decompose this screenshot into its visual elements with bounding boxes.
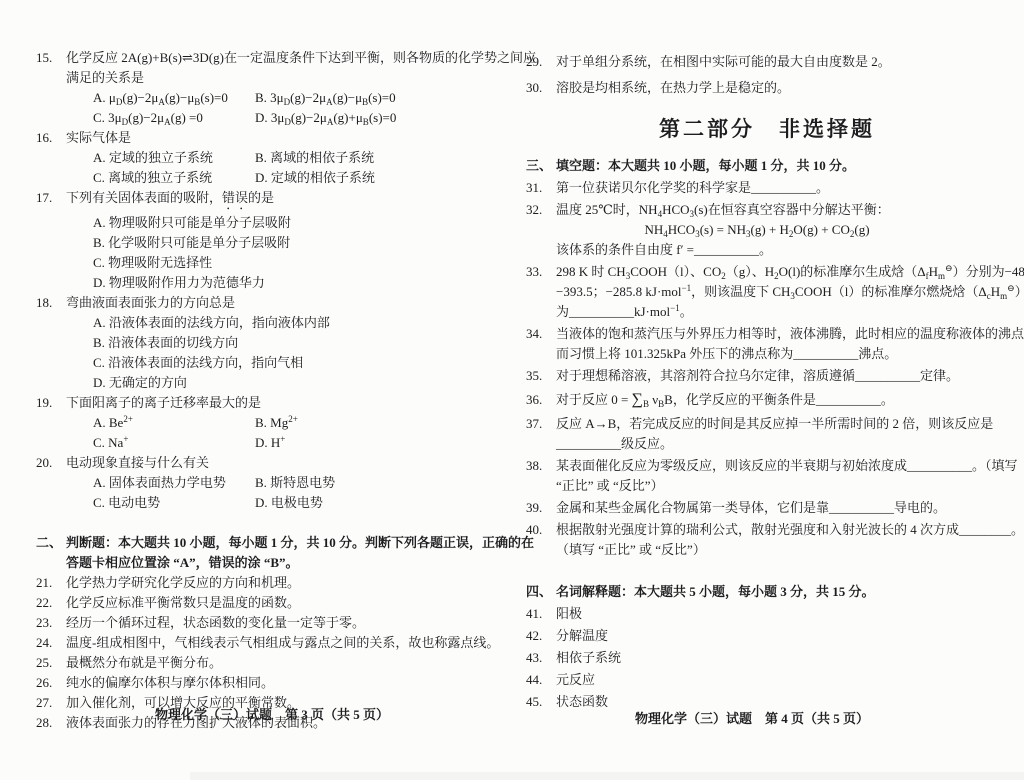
question-16-option: D. 定域的相依子系统 (255, 170, 375, 185)
question-40-number: 40. (526, 520, 556, 540)
question-22-line-1: 22.化学反应标准平衡常数只是温度的函数。 (36, 593, 508, 613)
question-18-option: A. 沿液体表面的法线方向，指向液体内部 (93, 315, 330, 330)
question-24: 24.温度-组成相图中，气相线表示气相组成与露点之间的关系，故也称露点线。 (36, 633, 508, 653)
question-21-line-1: 21.化学热力学研究化学反应的方向和机理。 (36, 573, 508, 593)
question-31-number: 31. (526, 178, 556, 198)
question-42-number: 42. (526, 626, 556, 646)
question-38-line-1: 38.某表面催化反应为零级反应，则该反应的半衰期与初始浓度成__________… (526, 456, 978, 476)
question-19-options-row-1: A. Be2+B. Mg2+ (36, 413, 508, 433)
question-18-number: 18. (36, 293, 66, 313)
question-25-number: 25. (36, 653, 66, 673)
question-32-line-2: NH4HCO3(s) = NH3(g) + H2O(g) + CO2(g) (526, 220, 978, 240)
section-judgment: 二、判断题：本大题共 10 小题，每小题 1 分，共 10 分。判断下列各题正误… (36, 533, 508, 573)
question-44-number: 44. (526, 670, 556, 690)
question-30-line-1: 30.溶胶是均相系统，在热力学上是稳定的。 (526, 78, 978, 98)
question-18-option: C. 沿液体表面的法线方向，指向气相 (93, 355, 303, 370)
question-25: 25.最概然分布就是平衡分布。 (36, 653, 508, 673)
question-15-option: D. 3μD(g)−2μA(g)+μB(s)=0 (255, 110, 396, 125)
scan-edge-artifact (190, 772, 1024, 780)
question-23-line-1: 23.经历一个循环过程，状态函数的变化量一定等于零。 (36, 613, 508, 633)
question-18-options-row-4: D. 无确定的方向 (36, 373, 508, 393)
question-15-option: B. 3μD(g)−2μA(g)−μB(s)=0 (255, 90, 396, 105)
question-39-number: 39. (526, 498, 556, 518)
question-15-options-row-2: C. 3μD(g)−2μA(g) =0D. 3μD(g)−2μA(g)+μB(s… (36, 108, 508, 128)
question-17-option: B. 化学吸附只可能是单分子层吸附 (93, 235, 290, 250)
question-16-option: B. 离域的相依子系统 (255, 150, 374, 165)
question-33: 33.298 K 时 CH3COOH（l）、CO2（g）、H2O(l)的标准摩尔… (526, 262, 978, 322)
page-3-footer: 物理化学（三）试题 第 3 页（共 5 页） (36, 704, 508, 723)
question-34-line-2: 而习惯上将 101.325kPa 外压下的沸点称为__________沸点。 (526, 344, 978, 364)
question-18-option: B. 沿液体表面的切线方向 (93, 335, 238, 350)
question-20-line-1: 20.电动现象直接与什么有关 (36, 453, 508, 473)
question-44-line-1: 44.元反应 (526, 670, 978, 690)
question-24-line-1: 24.温度-组成相图中，气相线表示气相组成与露点之间的关系，故也称露点线。 (36, 633, 508, 653)
question-15-line-1: 15.化学反应 2A(g)+B(s)⇌3D(g)在一定温度条件下达到平衡，则各物… (36, 48, 508, 68)
question-26: 26.纯水的偏摩尔体积与摩尔体积相同。 (36, 673, 508, 693)
question-36-number: 36. (526, 390, 556, 410)
question-33-line-2: −393.5；−285.8 kJ·mol−1，则该温度下 CH3COOH（l）的… (526, 282, 978, 302)
question-18-line-1: 18.弯曲液面表面张力的方向总是 (36, 293, 508, 313)
page-3-content: 15.化学反应 2A(g)+B(s)⇌3D(g)在一定温度条件下达到平衡，则各物… (36, 48, 508, 733)
question-19: 19.下面阳离子的离子迁移率最大的是A. Be2+B. Mg2+C. Na+D.… (36, 393, 508, 453)
question-35-number: 35. (526, 366, 556, 386)
question-15-option: A. μD(g)−2μA(g)−μB(s)=0 (93, 88, 255, 108)
part2-title: 第二部分 非选择题 (526, 112, 978, 146)
question-42-line-1: 42.分解温度 (526, 626, 978, 646)
section-fill-blank-number: 三、 (526, 156, 556, 176)
question-39-line-1: 39.金属和某些金属化合物属第一类导体，它们是靠__________导电的。 (526, 498, 978, 518)
question-19-options-row-2: C. Na+D. H+ (36, 433, 508, 453)
exam-page-3: 15.化学反应 2A(g)+B(s)⇌3D(g)在一定温度条件下达到平衡，则各物… (36, 0, 508, 780)
exam-page-4: 29.对于单组分系统，在相图中实际可能的最大自由度数是 2。30.溶胶是均相系统… (526, 0, 978, 780)
question-31: 31.第一位获诺贝尔化学奖的科学家是__________。 (526, 178, 978, 198)
question-16-options-row-2: C. 离域的独立子系统D. 定域的相依子系统 (36, 168, 508, 188)
question-20-option: B. 斯特恩电势 (255, 475, 335, 490)
question-40: 40.根据散射光强度计算的瑞利公式，散射光强度和入射光波长的 4 次方成____… (526, 520, 978, 560)
question-26-line-1: 26.纯水的偏摩尔体积与摩尔体积相同。 (36, 673, 508, 693)
question-32-line-3: 该体系的条件自由度 f′ =__________。 (526, 240, 978, 260)
question-20-number: 20. (36, 453, 66, 473)
question-20-option: D. 电极电势 (255, 495, 323, 510)
question-22-number: 22. (36, 593, 66, 613)
question-32-number: 32. (526, 200, 556, 220)
section-judgment-line-2: 答题卡相应位置涂 “A”，错误的涂 “B”。 (36, 553, 508, 573)
question-33-line-1: 33.298 K 时 CH3COOH（l）、CO2（g）、H2O(l)的标准摩尔… (526, 262, 978, 282)
question-29-number: 29. (526, 52, 556, 72)
question-19-option: B. Mg2+ (255, 415, 298, 430)
question-29-line-1: 29.对于单组分系统，在相图中实际可能的最大自由度数是 2。 (526, 52, 978, 72)
question-35-line-1: 35.对于理想稀溶液，其溶剂符合拉乌尔定律，溶质遵循__________定律。 (526, 366, 978, 386)
question-41-line-1: 41.阳极 (526, 604, 978, 624)
question-17-options-row-2: B. 化学吸附只可能是单分子层吸附 (36, 233, 508, 253)
question-15-options-row-1: A. μD(g)−2μA(g)−μB(s)=0B. 3μD(g)−2μA(g)−… (36, 88, 508, 108)
section-terms-number: 四、 (526, 582, 556, 602)
question-16-options-row-1: A. 定域的独立子系统B. 离域的相依子系统 (36, 148, 508, 168)
question-20-option: C. 电动电势 (93, 493, 255, 513)
question-21: 21.化学热力学研究化学反应的方向和机理。 (36, 573, 508, 593)
question-16-option: C. 离域的独立子系统 (93, 168, 255, 188)
question-17-options-row-1: A. 物理吸附只可能是单分子层吸附 (36, 213, 508, 233)
question-39: 39.金属和某些金属化合物属第一类导体，它们是靠__________导电的。 (526, 498, 978, 518)
question-18-option: D. 无确定的方向 (93, 375, 187, 390)
question-41: 41.阳极 (526, 604, 978, 624)
question-40-line-2: （填写 “正比” 或 “反比”） (526, 540, 978, 560)
question-31-line-1: 31.第一位获诺贝尔化学奖的科学家是__________。 (526, 178, 978, 198)
question-44: 44.元反应 (526, 670, 978, 690)
question-24-number: 24. (36, 633, 66, 653)
question-18-options-row-1: A. 沿液体表面的法线方向，指向液体内部 (36, 313, 508, 333)
question-20-options-row-1: A. 固体表面热力学电势B. 斯特恩电势 (36, 473, 508, 493)
question-34: 34.当液体的饱和蒸汽压与外界压力相等时，液体沸腾，此时相应的温度称液体的沸点，… (526, 324, 978, 364)
question-17-option: D. 物理吸附作用力为范德华力 (93, 275, 265, 290)
question-36: 36.对于反应 0 = ∑B νBB，化学反应的平衡条件是__________。 (526, 390, 978, 410)
question-43-number: 43. (526, 648, 556, 668)
question-16: 16.实际气体是A. 定域的独立子系统B. 离域的相依子系统C. 离域的独立子系… (36, 128, 508, 188)
question-18-options-row-2: B. 沿液体表面的切线方向 (36, 333, 508, 353)
question-35: 35.对于理想稀溶液，其溶剂符合拉乌尔定律，溶质遵循__________定律。 (526, 366, 978, 386)
question-17: 17.下列有关固体表面的吸附，错误的是A. 物理吸附只可能是单分子层吸附B. 化… (36, 188, 508, 293)
question-16-line-1: 16.实际气体是 (36, 128, 508, 148)
question-15-number: 15. (36, 48, 66, 68)
question-36-line-1: 36.对于反应 0 = ∑B νBB，化学反应的平衡条件是__________。 (526, 390, 978, 410)
section-terms: 四、名词解释题：本大题共 5 小题，每小题 3 分，共 15 分。 (526, 582, 978, 602)
section-judgment-number: 二、 (36, 533, 66, 553)
section-terms-line-1: 四、名词解释题：本大题共 5 小题，每小题 3 分，共 15 分。 (526, 582, 978, 602)
question-20: 20.电动现象直接与什么有关A. 固体表面热力学电势B. 斯特恩电势C. 电动电… (36, 453, 508, 513)
question-17-option: C. 物理吸附无选择性 (93, 255, 212, 270)
question-19-option: D. H+ (255, 435, 285, 450)
question-17-line-1: 17.下列有关固体表面的吸附，错误的是 (36, 188, 508, 213)
question-26-number: 26. (36, 673, 66, 693)
question-34-number: 34. (526, 324, 556, 344)
question-37: 37.反应 A→B，若完成反应的时间是其反应掉一半所需时间的 2 倍，则该反应是… (526, 414, 978, 454)
question-34-line-1: 34.当液体的饱和蒸汽压与外界压力相等时，液体沸腾，此时相应的温度称液体的沸点， (526, 324, 978, 344)
question-19-line-1: 19.下面阳离子的离子迁移率最大的是 (36, 393, 508, 413)
question-22: 22.化学反应标准平衡常数只是温度的函数。 (36, 593, 508, 613)
question-21-number: 21. (36, 573, 66, 593)
question-42: 42.分解温度 (526, 626, 978, 646)
question-40-line-1: 40.根据散射光强度计算的瑞利公式，散射光强度和入射光波长的 4 次方成____… (526, 520, 978, 540)
question-37-line-1: 37.反应 A→B，若完成反应的时间是其反应掉一半所需时间的 2 倍，则该反应是 (526, 414, 978, 434)
question-15-option: C. 3μD(g)−2μA(g) =0 (93, 108, 255, 128)
page-4-content: 29.对于单组分系统，在相图中实际可能的最大自由度数是 2。30.溶胶是均相系统… (526, 52, 978, 712)
question-29: 29.对于单组分系统，在相图中实际可能的最大自由度数是 2。 (526, 52, 978, 72)
question-23-number: 23. (36, 613, 66, 633)
question-17-number: 17. (36, 188, 66, 213)
question-16-number: 16. (36, 128, 66, 148)
question-37-number: 37. (526, 414, 556, 434)
question-38-number: 38. (526, 456, 556, 476)
section-judgment-line-1: 二、判断题：本大题共 10 小题，每小题 1 分，共 10 分。判断下列各题正误… (36, 533, 508, 553)
exam-scan-document: { "colors": { "paper": "#fcfcfb", "ink":… (0, 0, 1024, 780)
question-17-options-row-3: C. 物理吸附无选择性 (36, 253, 508, 273)
question-33-number: 33. (526, 262, 556, 282)
question-32-line-1: 32.温度 25℃时，NH4HCO3(s)在恒容真空容器中分解达平衡： (526, 200, 978, 220)
question-41-number: 41. (526, 604, 556, 624)
question-30: 30.溶胶是均相系统，在热力学上是稳定的。 (526, 78, 978, 98)
question-19-number: 19. (36, 393, 66, 413)
question-18-options-row-3: C. 沿液体表面的法线方向，指向气相 (36, 353, 508, 373)
question-33-line-3: 为__________kJ·mol−1。 (526, 302, 978, 322)
page-4-footer: 物理化学（三）试题 第 4 页（共 5 页） (526, 708, 978, 727)
question-25-line-1: 25.最概然分布就是平衡分布。 (36, 653, 508, 673)
question-43: 43.相依子系统 (526, 648, 978, 668)
part2-title-line-1: 第二部分 非选择题 (526, 112, 978, 146)
question-38-line-2: “正比” 或 “反比”） (526, 476, 978, 496)
question-43-line-1: 43.相依子系统 (526, 648, 978, 668)
question-19-option: C. Na+ (93, 433, 255, 453)
question-23: 23.经历一个循环过程，状态函数的变化量一定等于零。 (36, 613, 508, 633)
question-37-line-2: __________级反应。 (526, 434, 978, 454)
question-17-option: A. 物理吸附只可能是单分子层吸附 (93, 215, 291, 230)
question-30-number: 30. (526, 78, 556, 98)
question-15: 15.化学反应 2A(g)+B(s)⇌3D(g)在一定温度条件下达到平衡，则各物… (36, 48, 508, 128)
question-19-option: A. Be2+ (93, 413, 255, 433)
question-20-option: A. 固体表面热力学电势 (93, 473, 255, 493)
question-18: 18.弯曲液面表面张力的方向总是A. 沿液体表面的法线方向，指向液体内部B. 沿… (36, 293, 508, 393)
question-32: 32.温度 25℃时，NH4HCO3(s)在恒容真空容器中分解达平衡：NH4HC… (526, 200, 978, 260)
question-20-options-row-2: C. 电动电势D. 电极电势 (36, 493, 508, 513)
section-fill-blank: 三、填空题：本大题共 10 小题，每小题 1 分，共 10 分。 (526, 156, 978, 176)
question-17-options-row-4: D. 物理吸附作用力为范德华力 (36, 273, 508, 293)
question-16-option: A. 定域的独立子系统 (93, 148, 255, 168)
question-15-line-2: 满足的关系是 (36, 68, 508, 88)
section-fill-blank-line-1: 三、填空题：本大题共 10 小题，每小题 1 分，共 10 分。 (526, 156, 978, 176)
question-38: 38.某表面催化反应为零级反应，则该反应的半衰期与初始浓度成__________… (526, 456, 978, 496)
